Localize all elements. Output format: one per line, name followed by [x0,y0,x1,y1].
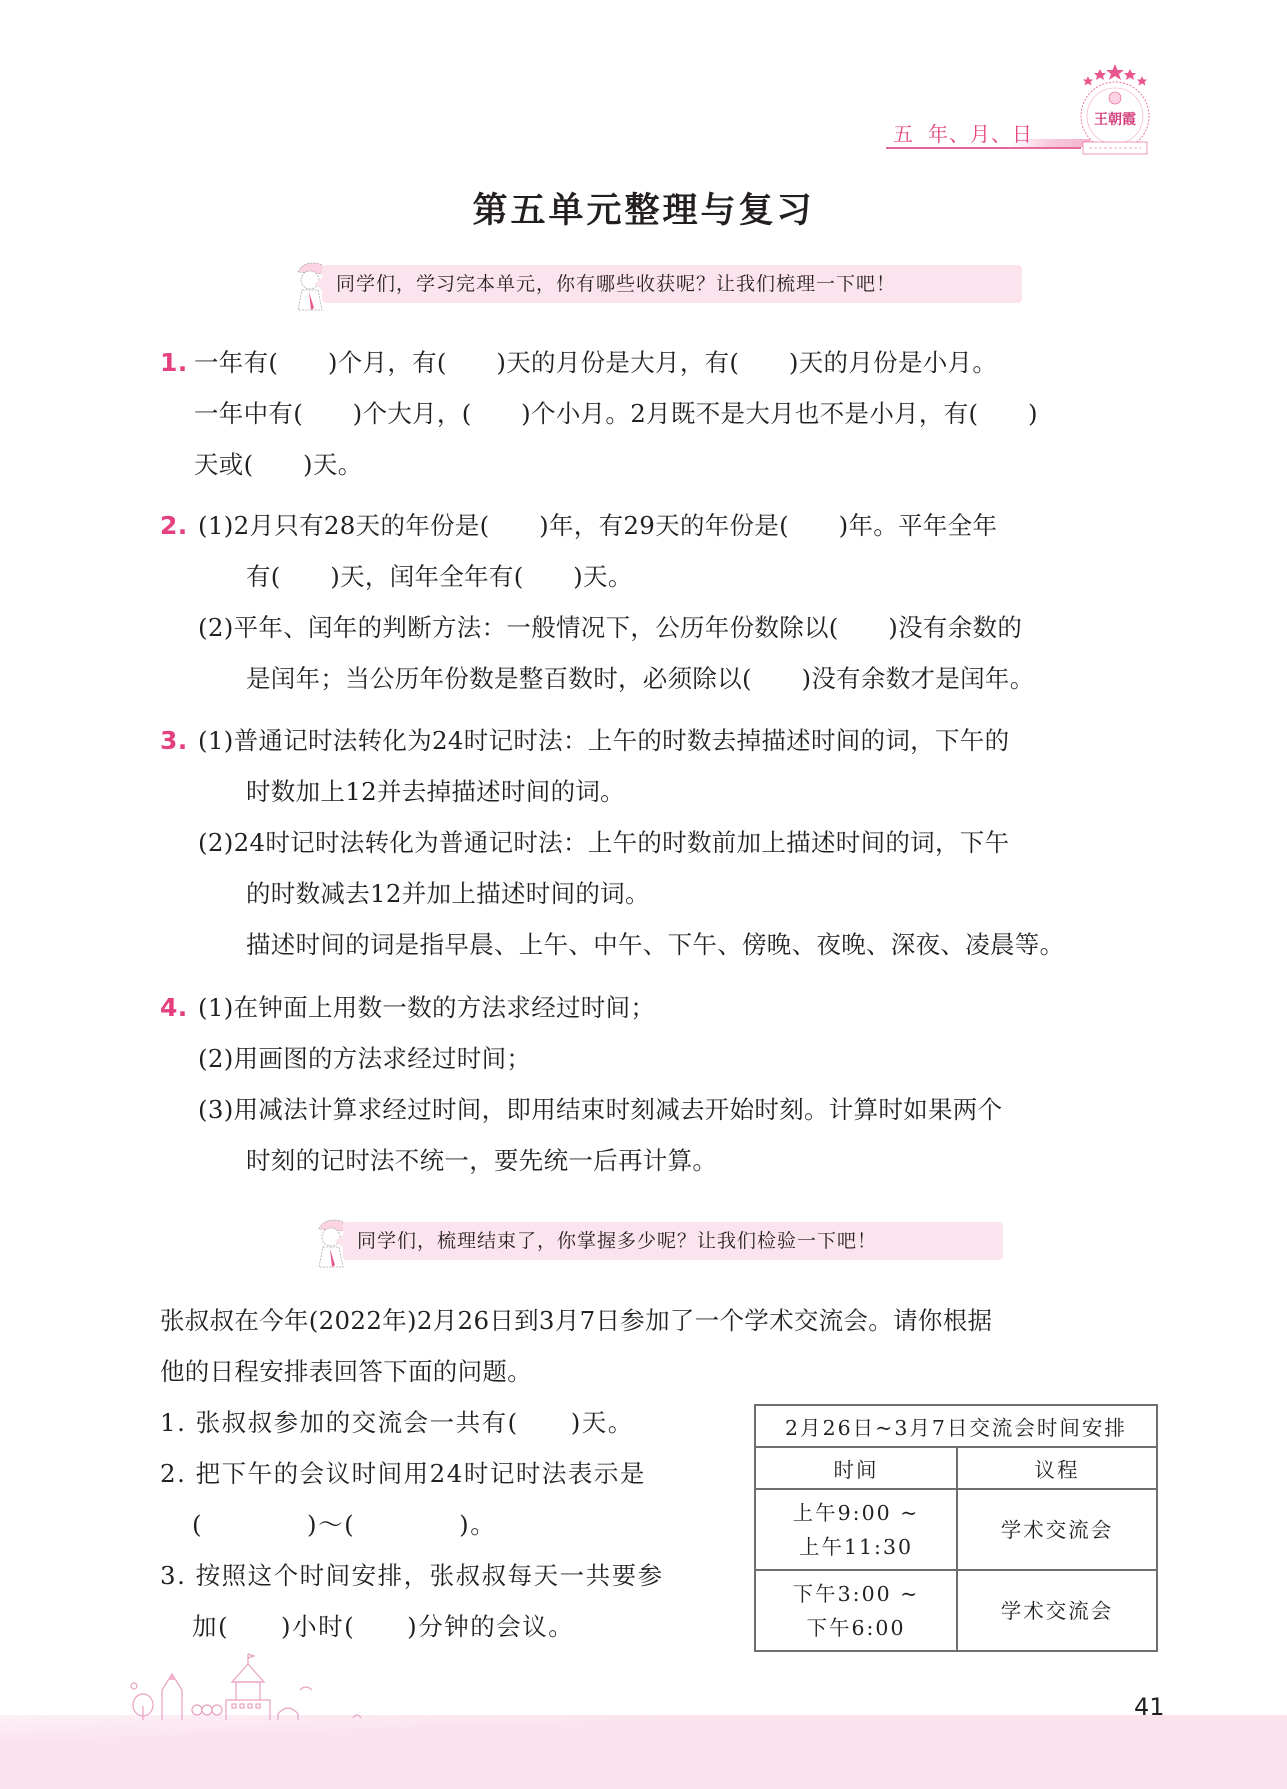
intro-line: 他的日程安排表回答下面的问题。 [160,1346,532,1397]
header-underline [886,147,1081,149]
page-title: 第五单元整理与复习 [0,183,1287,233]
time-cell: 上午9:00 ~ 上午11:30 [755,1489,957,1570]
time-cell: 下午3:00 ~ 下午6:00 [755,1570,957,1651]
time-end: 上午11:30 [756,1530,956,1564]
schedule-table: 2月26日~3月7日交流会时间安排 时间 议程 上午9:00 ~ 上午11:30… [754,1404,1158,1652]
item-line: (1)2月只有28天的年份是( )年，有29天的年份是( )年。平年全年 [198,500,997,551]
footer-band [0,1715,1287,1789]
review-intro-banner: 同学们，学习完本单元，你有哪些收获呢？让我们梳理一下吧！ [322,265,1022,303]
page-number: 41 [1134,1693,1165,1721]
item-line: 一年中有( )个大月，( )个小月。2月既不是大月也不是小月，有( ) [194,388,1038,439]
item-line: 有( )天，闰年全年有( )天。 [246,551,633,602]
column-header-time: 时间 [755,1447,957,1489]
svg-text:王朝霞: 王朝霞 [1094,111,1136,128]
item-number: 3. [160,715,188,766]
item-line: 描述时间的词是指早晨、上午、中午、下午、傍晚、夜晚、深夜、凌晨等。 [246,919,1064,970]
unit-header: 五年、月、日 [893,118,1033,147]
item-line: 天或( )天。 [194,439,363,490]
table-caption: 2月26日~3月7日交流会时间安排 [755,1405,1157,1447]
badge-logo-icon: 王朝霞 [1075,62,1155,158]
item-line: 时数加上12并去掉描述时间的词。 [246,766,625,817]
item-number: 1. [160,337,188,388]
item-number: 2. [160,500,188,551]
item-line: (1)普通记时法转化为24时记时法：上午的时数去掉描述时间的词，下午的 [198,715,1009,766]
question-line: 3. 按照这个时间安排，张叔叔每天一共要参 [160,1550,664,1601]
item-number: 4. [160,982,188,1033]
question-line: 加( )小时( )分钟的会议。 [192,1601,574,1652]
table-row: 下午3:00 ~ 下午6:00 学术交流会 [755,1570,1157,1651]
table-row: 上午9:00 ~ 上午11:30 学术交流会 [755,1489,1157,1570]
item-line: 时刻的记时法不统一，要先统一后再计算。 [246,1135,717,1186]
item-line: (2)用画图的方法求经过时间； [198,1033,531,1084]
item-line: (2)24时记时法转化为普通记时法：上午的时数前加上描述时间的词，下午 [198,817,1009,868]
unit-title: 年、月、日 [928,122,1033,146]
question-line: ( )～( )。 [192,1499,496,1550]
question-line: 2. 把下午的会议时间用24时记时法表示是 [160,1448,646,1499]
town-doodle-icon [120,1650,400,1720]
item-line: 是闰年；当公历年份数是整百数时，必须除以( )没有余数才是闰年。 [246,653,1035,704]
item-line: 一年有( )个月，有( )天的月份是大月，有( )天的月份是小月。 [194,337,997,388]
time-end: 下午6:00 [756,1611,956,1645]
unit-number: 五 [893,122,914,146]
time-start: 上午9:00 ~ [756,1496,956,1530]
item-line: 的时数减去12并加上描述时间的词。 [246,868,650,919]
question-line: 1. 张叔叔参加的交流会一共有( )天。 [160,1397,634,1448]
column-header-agenda: 议程 [957,1447,1157,1489]
time-start: 下午3:00 ~ [756,1577,956,1611]
check-intro-banner: 同学们，梳理结束了，你掌握多少呢？让我们检验一下吧！ [343,1222,1003,1260]
intro-line: 张叔叔在今年(2022年)2月26日到3月7日参加了一个学术交流会。请你根据 [160,1295,992,1346]
item-line: (2)平年、闰年的判断方法：一般情况下，公历年份数除以( )没有余数的 [198,602,1022,653]
agenda-cell: 学术交流会 [957,1570,1157,1651]
item-line: (3)用减法计算求经过时间，即用结束时刻减去开始时刻。计算时如果两个 [198,1084,1002,1135]
agenda-cell: 学术交流会 [957,1489,1157,1570]
item-line: (1)在钟面上用数一数的方法求经过时间； [198,982,655,1033]
